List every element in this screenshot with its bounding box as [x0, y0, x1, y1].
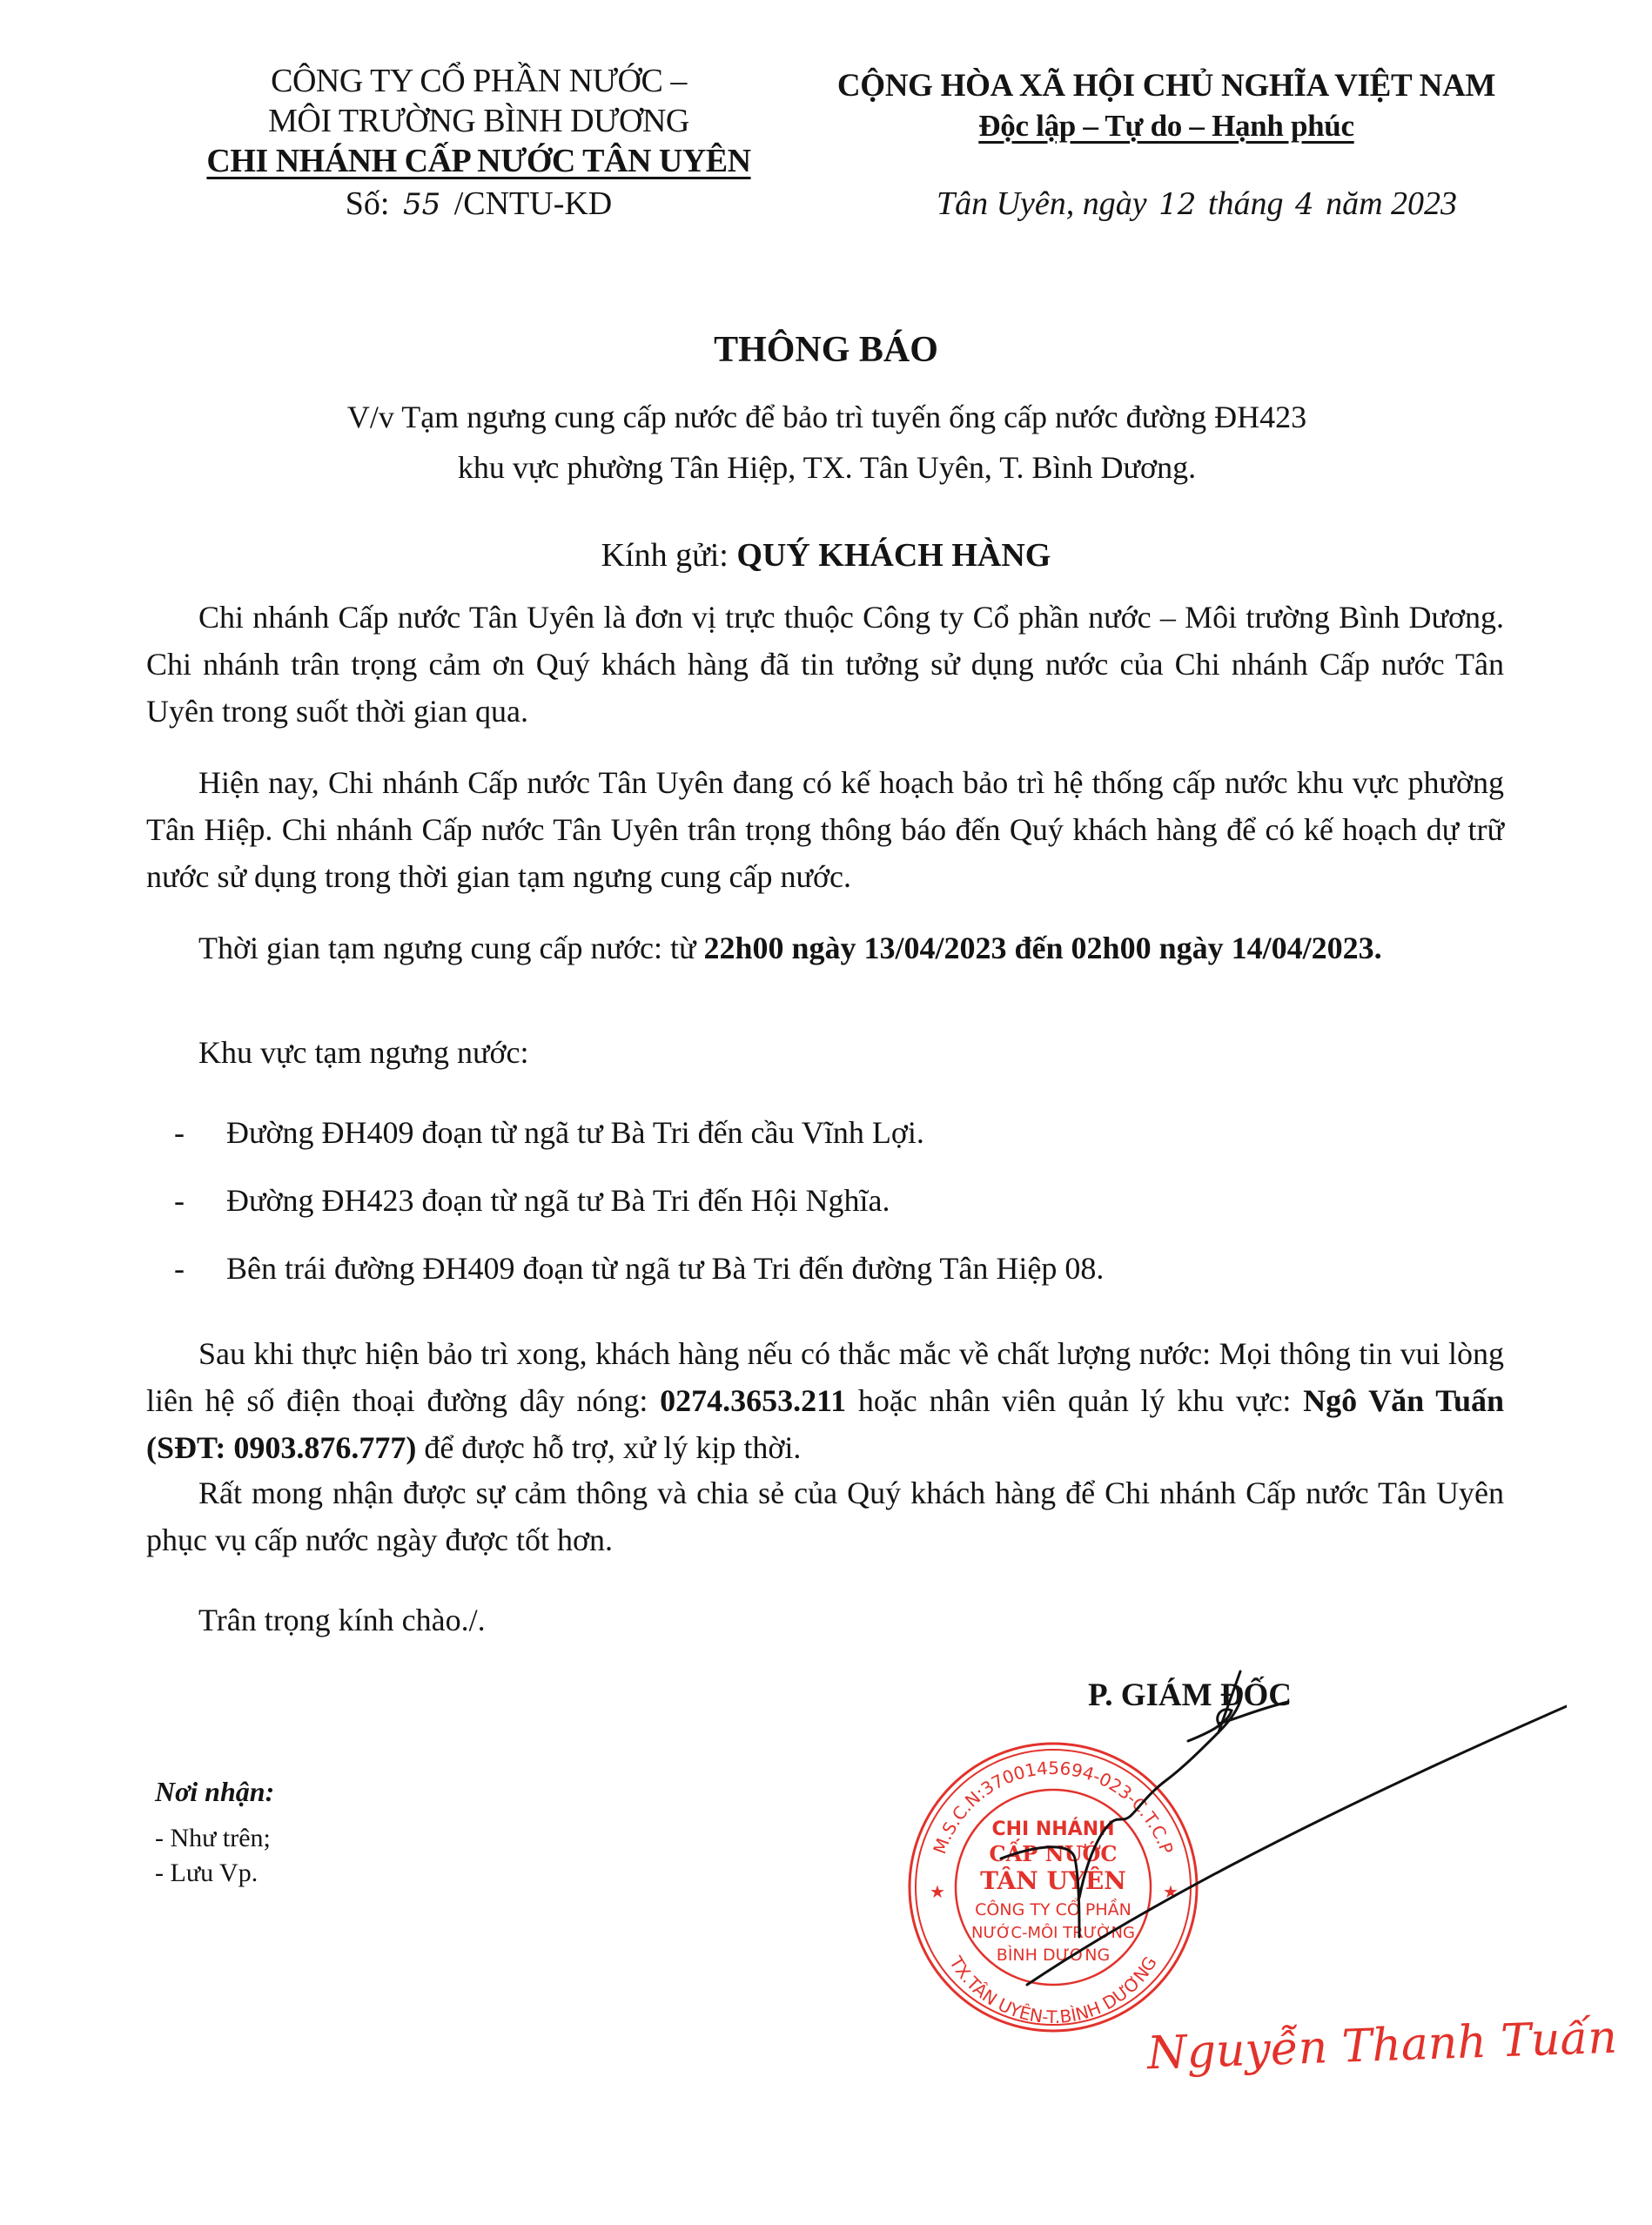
affected-area-label: Khu vực tạm ngưng nước: [198, 1034, 529, 1071]
company-name-line2: MÔI TRƯỜNG BÌNH DƯƠNG [148, 101, 809, 141]
contact-text-2: hoặc nhân viên quản lý khu vực: [858, 1383, 1292, 1418]
schedule-time: 22h00 ngày 13/04/2023 đến 02h00 ngày 14/… [703, 931, 1381, 965]
date-day: 12 [1158, 187, 1196, 222]
paragraph-contact: Sau khi thực hiện bảo trì xong, khách hà… [146, 1330, 1504, 1471]
hotline-number: 0274.3653.211 [660, 1383, 846, 1418]
number-label: Số: [346, 185, 390, 222]
list-item: -Đường ĐH423 đoạn từ ngã tư Bà Tri đến H… [174, 1166, 1104, 1234]
paragraph-thanks: Rất mong nhận được sự cảm thông và chia … [146, 1469, 1504, 1563]
closing-line: Trân trọng kính chào./. [198, 1602, 486, 1638]
handwritten-signature-icon [870, 1637, 1567, 2020]
signer-name: Nguyễn Thanh Tuấn [1146, 2012, 1618, 2080]
company-name-line1: CÔNG TY CỔ PHẦN NƯỚC – [148, 61, 809, 101]
date-place: Tân Uyên, ngày [937, 185, 1147, 222]
branch-name: CHI NHÁNH CẤP NƯỚC TÂN UYÊN [148, 141, 809, 181]
addressee-name: QUÝ KHÁCH HÀNG [736, 537, 1051, 574]
paragraph-plan: Hiện nay, Chi nhánh Cấp nước Tân Uyên đa… [146, 759, 1504, 900]
date-year: năm 2023 [1326, 185, 1457, 222]
country-name: CỘNG HÒA XÃ HỘI CHỦ NGHĨA VIỆT NAM [818, 66, 1514, 106]
national-motto: Độc lập – Tự do – Hạnh phúc [978, 109, 1353, 143]
number-value: 55 [403, 187, 440, 222]
subject-line1: V/v Tạm ngưng cung cấp nước để bảo trì t… [104, 392, 1549, 442]
paragraph-schedule: Thời gian tạm ngưng cung cấp nước: từ 22… [146, 924, 1504, 971]
subject-line2: khu vực phường Tân Hiệp, TX. Tân Uyên, T… [104, 442, 1549, 493]
list-item: -Đường ĐH409 đoạn từ ngã tư Bà Tri đến c… [174, 1099, 1104, 1166]
issuer-header: CÔNG TY CỔ PHẦN NƯỚC – MÔI TRƯỜNG BÌNH D… [148, 61, 809, 181]
affected-area-list: -Đường ĐH409 đoạn từ ngã tư Bà Tri đến c… [174, 1099, 1104, 1302]
paragraph-intro-text: Chi nhánh Cấp nước Tân Uyên là đơn vị tr… [146, 594, 1504, 735]
contact-text-3: để được hỗ trợ, xử lý kịp thời. [424, 1430, 801, 1465]
recipients-label: Nơi nhận: [155, 1774, 274, 1809]
schedule-prefix: Thời gian tạm ngưng cung cấp nước: từ [198, 931, 695, 965]
paragraph-thanks-text: Rất mong nhận được sự cảm thông và chia … [146, 1469, 1504, 1563]
document-number: Số: 55 /CNTU-KD [148, 185, 809, 223]
recipients-block: Nơi nhận: - Như trên; - Lưu Vp. [155, 1774, 274, 1891]
document-title: THÔNG BÁO [0, 329, 1652, 371]
addressee: Kính gửi: QUÝ KHÁCH HÀNG [0, 536, 1652, 575]
paragraph-plan-text: Hiện nay, Chi nhánh Cấp nước Tân Uyên đa… [146, 759, 1504, 900]
national-header: CỘNG HÒA XÃ HỘI CHỦ NGHĨA VIỆT NAM Độc l… [818, 66, 1514, 146]
date-line: Tân Uyên, ngày 12 tháng 4 năm 2023 [870, 185, 1523, 223]
date-month: 4 [1295, 187, 1314, 222]
addressee-label: Kính gửi: [601, 537, 729, 574]
area-text: Đường ĐH423 đoạn từ ngã tư Bà Tri đến Hộ… [226, 1182, 890, 1219]
area-text: Bên trái đường ĐH409 đoạn từ ngã tư Bà T… [226, 1250, 1104, 1287]
number-suffix: /CNTU-KD [454, 185, 613, 222]
paragraph-intro: Chi nhánh Cấp nước Tân Uyên là đơn vị tr… [146, 594, 1504, 735]
list-item: -Bên trái đường ĐH409 đoạn từ ngã tư Bà … [174, 1234, 1104, 1302]
date-month-label: tháng [1208, 185, 1284, 222]
area-text: Đường ĐH409 đoạn từ ngã tư Bà Tri đến cầ… [226, 1114, 924, 1151]
document-subject: V/v Tạm ngưng cung cấp nước để bảo trì t… [104, 392, 1549, 493]
recipient-item: - Lưu Vp. [155, 1856, 274, 1891]
recipient-item: - Như trên; [155, 1821, 274, 1856]
